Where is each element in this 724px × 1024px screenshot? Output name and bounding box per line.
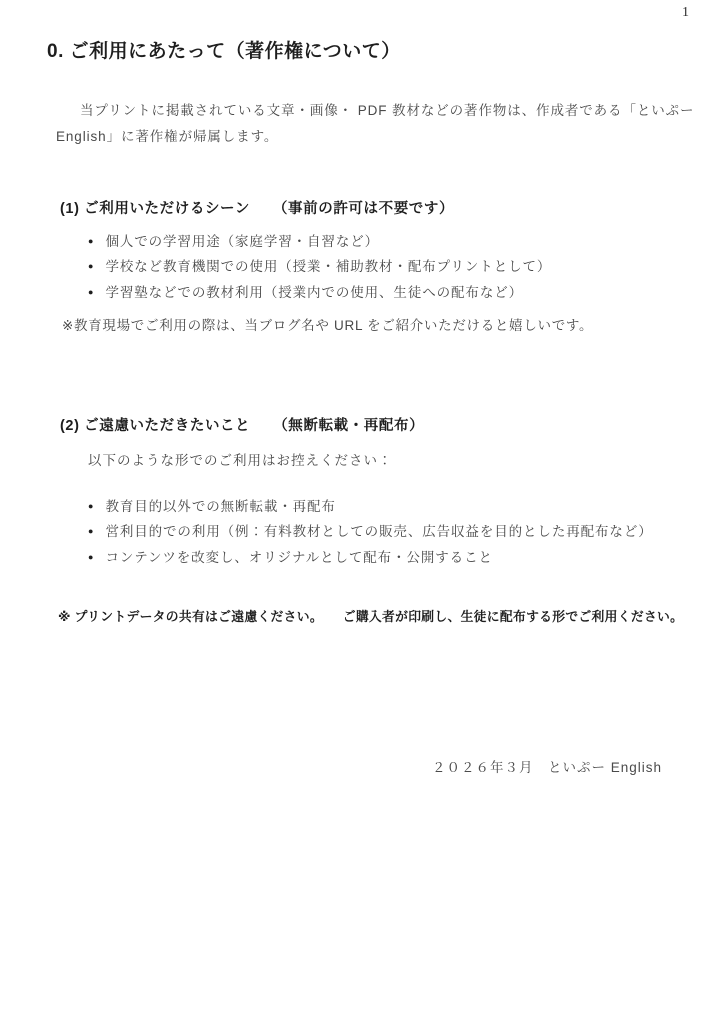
list-item-text: 教育目的以外での無断転載・再配布 bbox=[105, 499, 335, 514]
list-item-text: 営利目的での利用（例：有料教材としての販売、広告収益を目的とした再配布など） bbox=[105, 524, 652, 539]
bullet-icon: ● bbox=[88, 519, 93, 544]
credit-request-note: ※教育現場でご利用の際は、当ブログ名や URL をご紹介いただけると嬉しいです。 bbox=[62, 314, 593, 334]
data-sharing-warning: ※ プリントデータの共有はご遠慮ください。 ご購入者が印刷し、生徒に配布する形で… bbox=[58, 606, 683, 625]
list-item: ●コンテンツを改変し、オリジナルとして配布・公開すること bbox=[88, 545, 653, 570]
bullet-icon: ● bbox=[88, 229, 93, 254]
list-item-text: 学校など教育機関での使用（授業・補助教材・配布プリントとして） bbox=[105, 259, 551, 274]
list-item: ●学校など教育機関での使用（授業・補助教材・配布プリントとして） bbox=[88, 254, 551, 279]
list-item: ●個人での学習用途（家庭学習・自習など） bbox=[88, 229, 551, 254]
footer-credit: ２０２６年３月 といぷー English bbox=[432, 756, 662, 776]
list-item-text: コンテンツを改変し、オリジナルとして配布・公開すること bbox=[105, 550, 492, 565]
intro-line-1: 当プリントに掲載されている文章・画像・ PDF 教材などの著作物は、作成者である… bbox=[56, 98, 694, 124]
bullet-icon: ● bbox=[88, 254, 93, 279]
list-item-text: 個人での学習用途（家庭学習・自習など） bbox=[105, 234, 379, 249]
page-number: 1 bbox=[682, 5, 689, 21]
page-title: 0. ご利用にあたって（著作権について） bbox=[47, 36, 401, 63]
list-item: ●営利目的での利用（例：有料教材としての販売、広告収益を目的とした再配布など） bbox=[88, 519, 653, 544]
section2-heading: (2) ご遠慮いただきたいこと （無断転載・再配布） bbox=[60, 414, 424, 435]
prohibited-uses-list: ●教育目的以外での無断転載・再配布 ●営利目的での利用（例：有料教材としての販売… bbox=[88, 494, 653, 570]
list-item-text: 学習塾などでの教材利用（授業内での使用、生徒への配布など） bbox=[105, 285, 523, 300]
section1-heading: (1) ご利用いただけるシーン （事前の許可は不要です） bbox=[60, 197, 454, 218]
intro-line-2: English」に著作権が帰属します。 bbox=[56, 124, 694, 150]
list-item: ●教育目的以外での無断転載・再配布 bbox=[88, 494, 653, 519]
bullet-icon: ● bbox=[88, 545, 93, 570]
list-item: ●学習塾などでの教材利用（授業内での使用、生徒への配布など） bbox=[88, 280, 551, 305]
bullet-icon: ● bbox=[88, 494, 93, 519]
allowed-uses-list: ●個人での学習用途（家庭学習・自習など） ●学校など教育機関での使用（授業・補助… bbox=[88, 229, 551, 305]
section2-lead: 以下のような形でのご利用はお控えください： bbox=[88, 449, 393, 469]
bullet-icon: ● bbox=[88, 280, 93, 305]
document-page: 1 0. ご利用にあたって（著作権について） 当プリントに掲載されている文章・画… bbox=[0, 0, 724, 1024]
intro-paragraph: 当プリントに掲載されている文章・画像・ PDF 教材などの著作物は、作成者である… bbox=[56, 98, 694, 150]
